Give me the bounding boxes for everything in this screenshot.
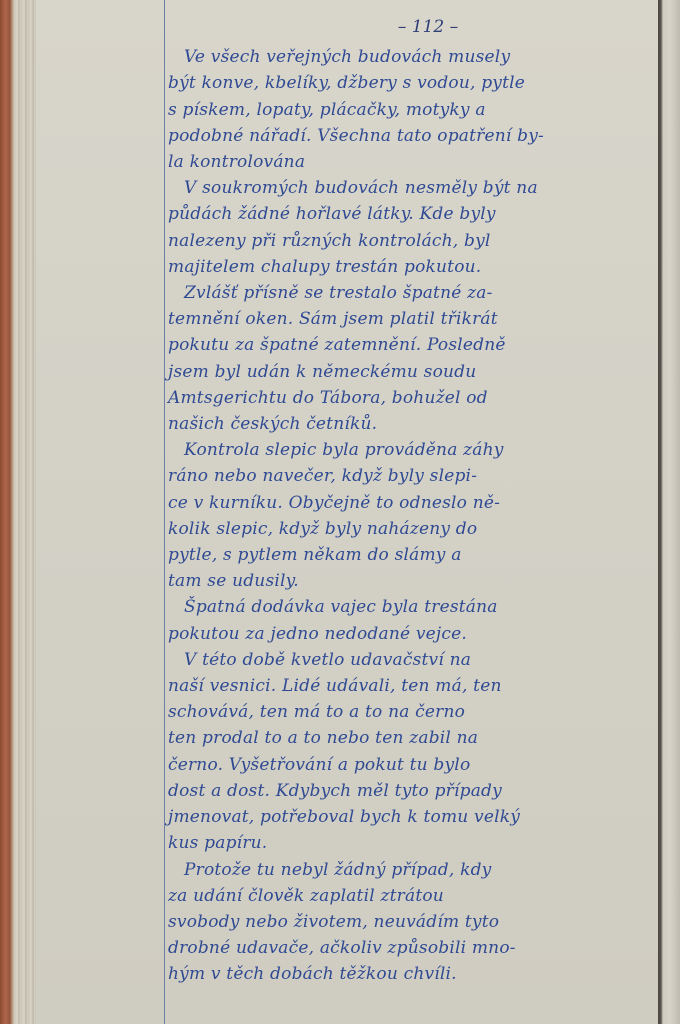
- text-line: V soukromých budovách nesměly být na: [168, 175, 648, 201]
- text-line: jsem byl udán k německému soudu: [168, 359, 648, 385]
- text-line: kolik slepic, když byly naházeny do: [168, 516, 648, 542]
- text-line: podobné nářadí. Všechna tato opatření by…: [168, 123, 648, 149]
- page-edges: [14, 0, 36, 1024]
- book-spine: [0, 0, 14, 1024]
- text-line: Kontrola slepic byla prováděna záhy: [168, 437, 648, 463]
- text-line: ten prodal to a to nebo ten zabil na: [168, 725, 648, 751]
- text-line: drobné udavače, ačkoliv způsobili mno-: [168, 935, 648, 961]
- text-lines: Ve všech veřejných budovách musely být k…: [168, 44, 648, 987]
- handwritten-text: – 112 – Ve všech veřejných budovách muse…: [168, 14, 648, 988]
- text-line: tam se udusily.: [168, 568, 648, 594]
- text-line: kus papíru.: [168, 830, 648, 856]
- text-line: půdách žádné hořlavé látky. Kde byly: [168, 201, 648, 227]
- text-line: s pískem, lopaty, plácačky, motyky a: [168, 97, 648, 123]
- text-line: Zvlášť přísně se trestalo špatné za-: [168, 280, 648, 306]
- text-line: našich českých četníků.: [168, 411, 648, 437]
- text-line: pokutu za špatné zatemnění. Posledně: [168, 332, 648, 358]
- text-line: majitelem chalupy trestán pokutou.: [168, 254, 648, 280]
- text-line: ce v kurníku. Obyčejně to odneslo ně-: [168, 490, 648, 516]
- text-line: dost a dost. Kdybych měl tyto případy: [168, 778, 648, 804]
- text-line: temnění oken. Sám jsem platil třikrát: [168, 306, 648, 332]
- text-line: schovává, ten má to a to na černo: [168, 699, 648, 725]
- text-line: pytle, s pytlem někam do slámy a: [168, 542, 648, 568]
- page-number: – 112 –: [208, 14, 648, 40]
- text-line: nalezeny při různých kontrolách, byl: [168, 228, 648, 254]
- text-line: svobody nebo životem, neuvádím tyto: [168, 909, 648, 935]
- text-line: Ve všech veřejných budovách musely: [168, 44, 648, 70]
- text-line: naší vesnici. Lidé udávali, ten má, ten: [168, 673, 648, 699]
- text-line: pokutou za jedno nedodané vejce.: [168, 621, 648, 647]
- text-line: za udání člověk zaplatil ztrátou: [168, 883, 648, 909]
- right-page-edge: [658, 0, 680, 1024]
- text-line: V této době kvetlo udavačství na: [168, 647, 648, 673]
- text-line: la kontrolována: [168, 149, 648, 175]
- text-line: Špatná dodávka vajec byla trestána: [168, 594, 648, 620]
- text-line: černo. Vyšetřování a pokut tu bylo: [168, 752, 648, 778]
- text-line: ráno nebo navečer, když byly slepi-: [168, 463, 648, 489]
- text-line: Amtsgerichtu do Tábora, bohužel od: [168, 385, 648, 411]
- text-line: hým v těch dobách těžkou chvíli.: [168, 961, 648, 987]
- text-line: Protože tu nebyl žádný případ, kdy: [168, 857, 648, 883]
- text-line: být konve, kbelíky, džbery s vodou, pytl…: [168, 70, 648, 96]
- text-line: jmenovat, potřeboval bych k tomu velký: [168, 804, 648, 830]
- margin-rule-line: [164, 0, 165, 1024]
- book-photo: – 112 – Ve všech veřejných budovách muse…: [0, 0, 680, 1024]
